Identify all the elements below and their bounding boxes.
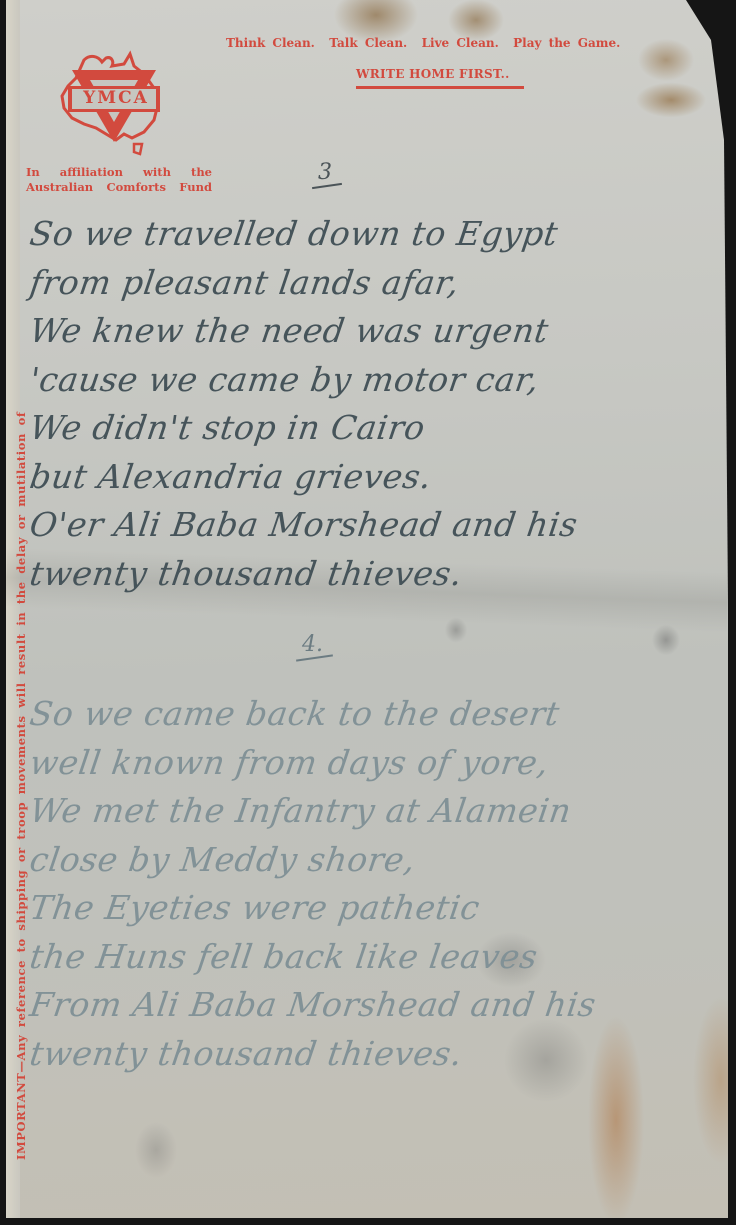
verse-line: from pleasant lands afar, [27,259,724,308]
verse-line: From Ali Baba Morshead and his [27,981,724,1030]
write-home-first-text: WRITE HOME FIRST.. [356,67,510,81]
verse-line: So we travelled down to Egypt [27,210,724,259]
verse-number-3: 3 [318,160,332,185]
write-home-underline [356,86,524,89]
verse-line: So we came back to the desert [27,690,724,739]
affiliation-text: In affiliation with the Australian Comfo… [26,165,212,195]
verse-line: the Huns fell back like leaves [27,933,724,982]
ymca-logo: YMCA [54,48,172,158]
verse-line: but Alexandria grieves. [27,453,724,502]
verse-line: O'er Ali Baba Morshead and his [27,501,724,550]
verse-number-4: 4. [302,632,323,657]
affiliation-line-2: Australian Comforts Fund [26,180,212,195]
motto-text: Think Clean. Talk Clean. Live Clean. Pla… [226,36,620,50]
verse-4: So we came back to the desert well known… [30,690,720,1078]
verse-line: We didn't stop in Cairo [27,404,724,453]
verse-line: twenty thousand thieves. [27,550,724,599]
verse-line: twenty thousand thieves. [27,1030,724,1079]
letter-sheet: YMCA In affiliation with the Australian … [6,0,728,1218]
verse-line: We knew the need was urgent [27,307,724,356]
censorship-notice: IMPORTANT—Any reference to shipping or t… [14,0,28,1160]
verse-line: The Eyeties were pathetic [27,884,724,933]
verse-line: We met the Infantry at Alamein [27,787,724,836]
verse-3: So we travelled down to Egypt from pleas… [30,210,720,598]
verse-line: well known from days of yore, [27,739,724,788]
ymca-logo-text: YMCA [74,88,158,108]
verse-line: 'cause we came by motor car, [27,356,724,405]
affiliation-line-1: In affiliation with the [26,165,212,180]
verse-line: close by Meddy shore, [27,836,724,885]
